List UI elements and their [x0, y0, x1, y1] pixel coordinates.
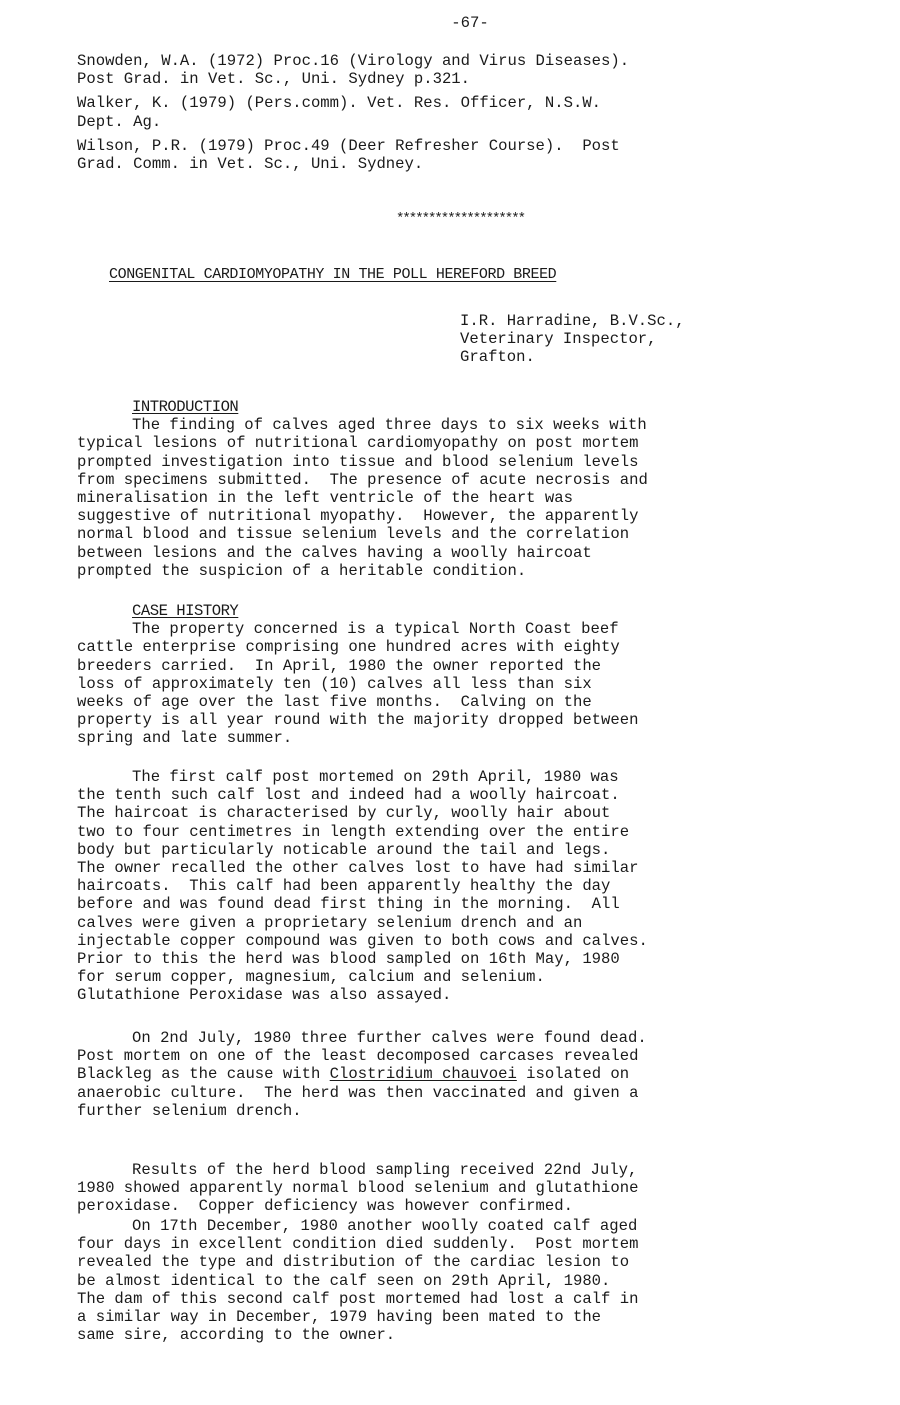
- first-calf-paragraph: The first calf post mortemed on 29th Apr…: [77, 768, 757, 1005]
- reference-line: Walker, K. (1979) (Pers.comm). Vet. Res.…: [77, 94, 601, 112]
- paragraph-july-deaths: On 2nd July, 1980 three further calves w…: [77, 1029, 757, 1120]
- paragraph-line: between lesions and the calves having a …: [77, 544, 757, 562]
- section-heading-case-history: CASE HISTORY: [132, 602, 757, 620]
- paragraph-line: before and was found dead first thing in…: [77, 895, 757, 913]
- paragraph-line: Results of the herd blood sampling recei…: [77, 1161, 757, 1179]
- text-fragment: isolated on: [517, 1065, 629, 1083]
- paragraph-line: typical lesions of nutritional cardiomyo…: [77, 434, 757, 452]
- document-page: -67- Snowden, W.A. (1972) Proc.16 (Virol…: [0, 0, 900, 1405]
- paragraph-line: spring and late summer.: [77, 729, 757, 747]
- paragraph-line: from specimens submitted. The presence o…: [77, 471, 757, 489]
- paragraph-line: The first calf post mortemed on 29th Apr…: [77, 768, 757, 786]
- paragraph-line: The haircoat is characterised by curly, …: [77, 804, 757, 822]
- reference-wilson: Wilson, P.R. (1979) Proc.49 (Deer Refres…: [77, 137, 757, 173]
- author-position: Veterinary Inspector,: [460, 330, 657, 348]
- paragraph-line: The property concerned is a typical Nort…: [77, 620, 757, 638]
- paragraph-line: mineralisation in the left ventricle of …: [77, 489, 757, 507]
- paragraph-line: prompted the suspicion of a heritable co…: [77, 562, 757, 580]
- july-deaths-paragraph: On 2nd July, 1980 three further calves w…: [77, 1029, 757, 1120]
- organism-name: Clostridium chauvoei: [330, 1065, 517, 1083]
- author-location: Grafton.: [460, 348, 535, 366]
- paragraph-line: haircoats. This calf had been apparently…: [77, 877, 757, 895]
- results-paragraph: Results of the herd blood sampling recei…: [77, 1161, 757, 1216]
- paragraph-line: The owner recalled the other calves lost…: [77, 859, 757, 877]
- paragraph-line: Glutathione Peroxidase was also assayed.: [77, 986, 757, 1004]
- paragraph-line: normal blood and tissue selenium levels …: [77, 525, 757, 543]
- introduction-paragraph: The finding of calves aged three days to…: [77, 416, 757, 580]
- paragraph-line: weeks of age over the last five months. …: [77, 693, 757, 711]
- paragraph-line: four days in excellent condition died su…: [77, 1235, 757, 1253]
- paragraph-line: cattle enterprise comprising one hundred…: [77, 638, 757, 656]
- reference-line: Grad. Comm. in Vet. Sc., Uni. Sydney.: [77, 155, 423, 173]
- paragraph-line: be almost identical to the calf seen on …: [77, 1272, 757, 1290]
- paragraph-line: loss of approximately ten (10) calves al…: [77, 675, 757, 693]
- paragraph-line: breeders carried. In April, 1980 the own…: [77, 657, 757, 675]
- paragraph-line: two to four centimetres in length extend…: [77, 823, 757, 841]
- section-introduction: INTRODUCTION The finding of calves aged …: [77, 398, 757, 580]
- paragraph-line: On 2nd July, 1980 three further calves w…: [77, 1029, 757, 1047]
- section-case-history: CASE HISTORY The property concerned is a…: [77, 602, 757, 748]
- page-number: -67-: [0, 14, 900, 32]
- section-heading-introduction: INTRODUCTION: [132, 398, 757, 416]
- text-fragment: Blackleg as the cause with: [77, 1065, 330, 1083]
- paragraph-line: The dam of this second calf post morteme…: [77, 1290, 757, 1308]
- paragraph-line: On 17th December, 1980 another woolly co…: [77, 1217, 757, 1235]
- paragraph-line: peroxidase. Copper deficiency was howeve…: [77, 1197, 757, 1215]
- reference-line: Post Grad. in Vet. Sc., Uni. Sydney p.32…: [77, 70, 470, 88]
- paragraph-line: anaerobic culture. The herd was then vac…: [77, 1084, 757, 1102]
- paragraph-line: calves were given a proprietary selenium…: [77, 914, 757, 932]
- paragraph-line: Blackleg as the cause with Clostridium c…: [77, 1065, 757, 1083]
- paragraph-line: a similar way in December, 1979 having b…: [77, 1308, 757, 1326]
- paragraph-line: The finding of calves aged three days to…: [77, 416, 757, 434]
- paragraph-line: for serum copper, magnesium, calcium and…: [77, 968, 757, 986]
- paragraph-line: property is all year round with the majo…: [77, 711, 757, 729]
- paragraph-line: Prior to this the herd was blood sampled…: [77, 950, 757, 968]
- paragraph-line: the tenth such calf lost and indeed had …: [77, 786, 757, 804]
- december-paragraph: On 17th December, 1980 another woolly co…: [77, 1217, 757, 1344]
- author-block: I.R. Harradine, B.V.Sc., Veterinary Insp…: [460, 312, 685, 367]
- article-title: CONGENITAL CARDIOMYOPATHY IN THE POLL HE…: [109, 266, 556, 284]
- paragraph-line: prompted investigation into tissue and b…: [77, 453, 757, 471]
- reference-snowden: Snowden, W.A. (1972) Proc.16 (Virology a…: [77, 52, 757, 88]
- paragraph-results: Results of the herd blood sampling recei…: [77, 1161, 757, 1216]
- reference-line: Wilson, P.R. (1979) Proc.49 (Deer Refres…: [77, 137, 620, 155]
- paragraph-line: further selenium drench.: [77, 1102, 757, 1120]
- paragraph-line: suggestive of nutritional myopathy. Howe…: [77, 507, 757, 525]
- paragraph-line: revealed the type and distribution of th…: [77, 1253, 757, 1271]
- reference-walker: Walker, K. (1979) (Pers.comm). Vet. Res.…: [77, 94, 757, 130]
- paragraph-line: same sire, according to the owner.: [77, 1326, 757, 1344]
- paragraph-first-calf: The first calf post mortemed on 29th Apr…: [77, 768, 757, 1005]
- author-name: I.R. Harradine, B.V.Sc.,: [460, 312, 685, 330]
- reference-line: Snowden, W.A. (1972) Proc.16 (Virology a…: [77, 52, 629, 70]
- reference-line: Dept. Ag.: [77, 113, 161, 131]
- paragraph-line: body but particularly noticable around t…: [77, 841, 757, 859]
- paragraph-line: 1980 showed apparently normal blood sele…: [77, 1179, 757, 1197]
- reference-list: Snowden, W.A. (1972) Proc.16 (Virology a…: [77, 52, 757, 179]
- case-history-paragraph: The property concerned is a typical Nort…: [77, 620, 757, 747]
- paragraph-december: On 17th December, 1980 another woolly co…: [77, 1217, 757, 1344]
- paragraph-line: Post mortem on one of the least decompos…: [77, 1047, 757, 1065]
- paragraph-line: injectable copper compound was given to …: [77, 932, 757, 950]
- section-separator: ********************: [0, 210, 900, 228]
